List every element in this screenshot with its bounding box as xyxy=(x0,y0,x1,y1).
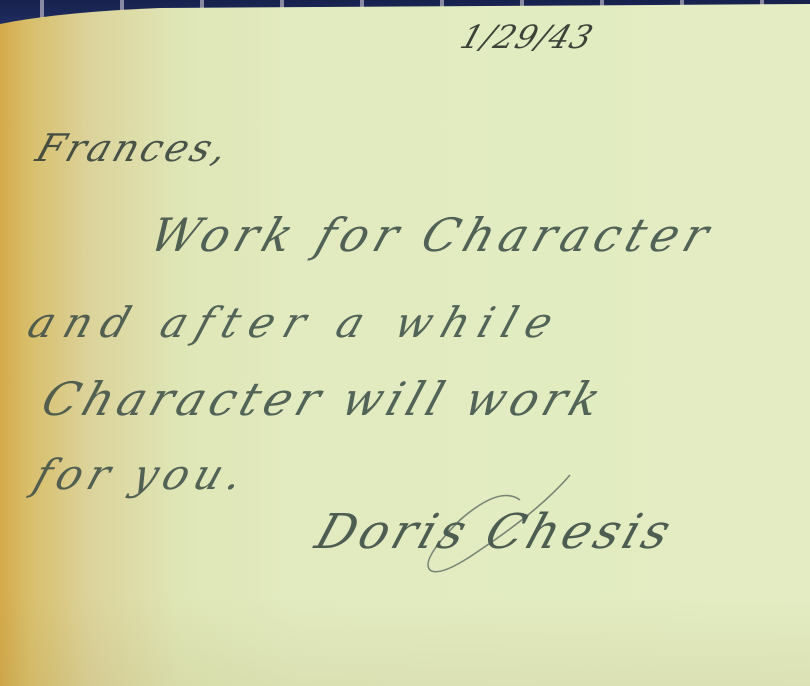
message-line-2: and after a while xyxy=(22,298,569,347)
message-line-4: for you. xyxy=(28,450,256,499)
greeting-text: Frances, xyxy=(31,126,236,170)
message-line-3: Character will work xyxy=(35,372,612,426)
autograph-page: 1/29/43 Frances, Work for Character and … xyxy=(0,0,810,686)
signature-text: Doris Chesis xyxy=(309,504,681,560)
date-text: 1/29/43 xyxy=(456,18,599,56)
message-line-1: Work for Character xyxy=(143,208,721,262)
